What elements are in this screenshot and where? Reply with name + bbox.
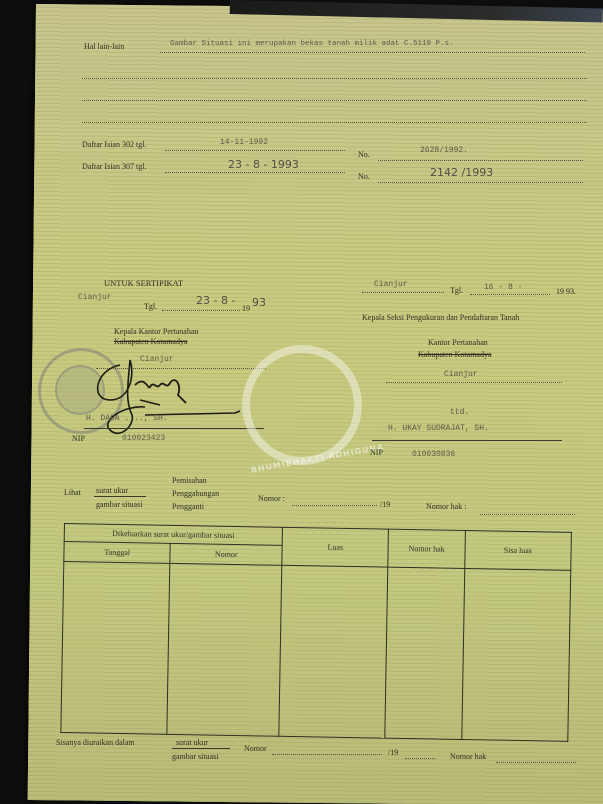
- dotted-line: [165, 150, 345, 151]
- di302-no: 2628/1992.: [420, 146, 468, 155]
- fraction-line: [94, 496, 146, 497]
- lihat-opt1: Pemisahan: [172, 476, 207, 485]
- us-name: H. DADA ...., SH.: [86, 414, 168, 423]
- ks-date: 16 - 8 -: [484, 283, 522, 292]
- column-header-tanggal: Tanggal: [64, 541, 171, 563]
- table-cell: [167, 563, 282, 736]
- footer-top: surat ukur: [176, 738, 208, 747]
- table-cell: [385, 567, 464, 740]
- dotted-line: [292, 505, 377, 506]
- dotted-line: [165, 172, 345, 173]
- lihat-label: Lihat: [64, 488, 81, 497]
- footer-year-label: /19: [388, 748, 398, 757]
- table-cell: [461, 568, 570, 741]
- dotted-line: [496, 762, 576, 763]
- dotted-line: [405, 758, 435, 759]
- ks-place: Cianjur: [374, 280, 408, 289]
- signature-line: [372, 440, 562, 441]
- lihat-year-label: /19: [380, 500, 390, 509]
- us-place: Cianjur: [78, 293, 112, 302]
- footer-bottom: gambar situasi: [172, 752, 218, 761]
- us-nip-label: NIP: [72, 434, 85, 443]
- dotted-line: [386, 382, 562, 383]
- dotted-line: [378, 182, 583, 183]
- untuk-sertipikat-heading: UNTUK SERTIPIKAT: [104, 278, 183, 288]
- ks-tgl-label: Tgl.: [450, 286, 463, 295]
- footer-nomor-label: Nomor: [244, 744, 267, 753]
- lihat-nomor-hak-label: Nomor hak :: [426, 502, 466, 511]
- dotted-line: [82, 122, 587, 123]
- column-header-nomor-hak: Nomor hak: [388, 529, 465, 568]
- signature-line: [84, 428, 264, 429]
- column-header-nomor: Nomor: [170, 543, 282, 565]
- di307-date: 23 - 8 - 1993: [228, 158, 299, 171]
- dotted-line: [160, 52, 585, 53]
- us-nip: 010023423: [122, 434, 165, 443]
- di302-date: 14-11-1992: [220, 138, 268, 147]
- us-title-1: Kepala Kantor Pertanahan: [114, 327, 198, 336]
- ks-office-1: Kantor Pertanahan: [428, 338, 488, 347]
- di307-no: 2142 /1993: [430, 166, 493, 179]
- lihat-top: surat ukur: [96, 486, 128, 495]
- hal-lain-label: Hal lain-lain: [84, 42, 124, 51]
- us-year-prefix: 19: [242, 304, 250, 313]
- dotted-line: [362, 292, 444, 293]
- lihat-opt3: Pengganti: [172, 502, 204, 511]
- lihat-nomor-label: Nomor :: [258, 494, 285, 503]
- ks-region: Cianjur: [444, 370, 478, 379]
- di307-no-label: No.: [358, 172, 370, 181]
- ks-ttd: ttd.: [450, 408, 469, 417]
- footer-label: Sisanya diuraikan dalam: [56, 738, 135, 747]
- fraction-line: [172, 748, 230, 749]
- us-date: 23 - 8 -: [196, 294, 235, 307]
- di302-label: Daftar Isian 302 tgl.: [82, 140, 146, 149]
- us-tgl-label: Tgl.: [144, 302, 157, 311]
- hal-lain-value: Gambar Situasi ini merupakan bekas tanah…: [170, 40, 454, 48]
- ks-year: 19 93.: [556, 287, 576, 296]
- lihat-bottom: gambar situasi: [96, 500, 142, 509]
- ks-nip-label: NIP: [370, 448, 383, 457]
- dotted-line: [162, 310, 240, 311]
- di302-no-label: No.: [358, 150, 370, 159]
- footer-nomor-hak-label: Nomor hak: [450, 752, 486, 761]
- dotted-line: [272, 754, 382, 755]
- dotted-line: [82, 100, 587, 101]
- lihat-opt2: Penggabungan: [172, 489, 219, 498]
- dotted-line: [470, 294, 550, 295]
- dotted-line: [378, 160, 583, 161]
- table-cell: [61, 561, 170, 734]
- di307-label: Daftar Isian 307 tgl.: [82, 162, 146, 171]
- us-year: 93: [252, 296, 266, 309]
- column-header-luas: Luas: [282, 527, 389, 567]
- table-cell: [279, 565, 388, 738]
- ks-title: Kepala Seksi Pengukuran dan Pendaftaran …: [362, 313, 519, 322]
- signature: [90, 345, 250, 445]
- embossed-seal: [242, 345, 362, 465]
- ks-office-2: Kabupaten Kotamadya: [418, 350, 492, 359]
- ks-nip: 010030836: [412, 450, 455, 459]
- dotted-line: [480, 514, 575, 515]
- issuance-table: Dikeluarkan surat ukur/gambar situasi Lu…: [60, 523, 572, 742]
- dotted-line: [82, 78, 587, 79]
- column-header-sisa-luas: Sisa luas: [464, 530, 571, 570]
- ks-name: H. UKAY SUDRAJAT, SH.: [388, 424, 489, 433]
